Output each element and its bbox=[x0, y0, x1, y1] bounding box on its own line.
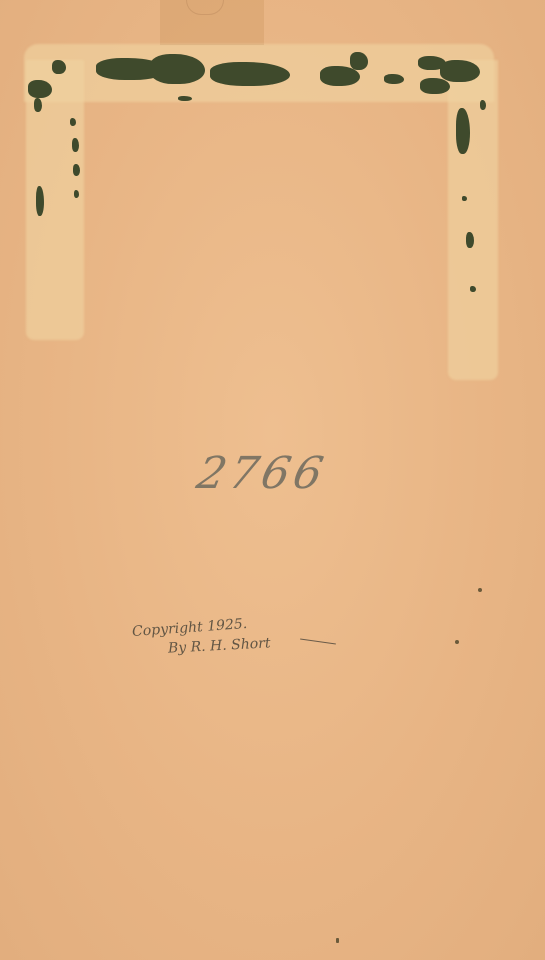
residue-patch bbox=[74, 190, 79, 198]
residue-patch bbox=[456, 108, 470, 154]
speck bbox=[478, 588, 482, 592]
residue-patch bbox=[420, 78, 450, 94]
residue-patch bbox=[52, 60, 66, 74]
residue-patch bbox=[350, 52, 368, 70]
residue-patch bbox=[480, 100, 486, 110]
residue-patch bbox=[178, 96, 192, 101]
residue-patch bbox=[466, 232, 474, 248]
author-line: By R. H. Short bbox=[168, 635, 271, 656]
residue-patch bbox=[384, 74, 404, 84]
speck bbox=[455, 640, 459, 644]
residue-patch bbox=[470, 286, 476, 292]
glue-residue-right bbox=[448, 60, 498, 380]
residue-patch bbox=[440, 60, 480, 82]
residue-patch bbox=[28, 80, 52, 98]
residue-patch bbox=[210, 62, 290, 86]
residue-patch bbox=[70, 118, 76, 126]
speck bbox=[336, 938, 339, 943]
photo-card-back: 2766 Copyright 1925. By R. H. Short bbox=[0, 0, 545, 960]
residue-patch bbox=[462, 196, 467, 201]
residue-patch bbox=[72, 138, 79, 152]
residue-patch bbox=[34, 98, 42, 112]
residue-patch bbox=[36, 186, 44, 216]
signature-flourish bbox=[300, 638, 336, 644]
residue-patch bbox=[150, 54, 205, 84]
catalog-number: 2766 bbox=[193, 448, 332, 499]
residue-patch bbox=[73, 164, 80, 176]
